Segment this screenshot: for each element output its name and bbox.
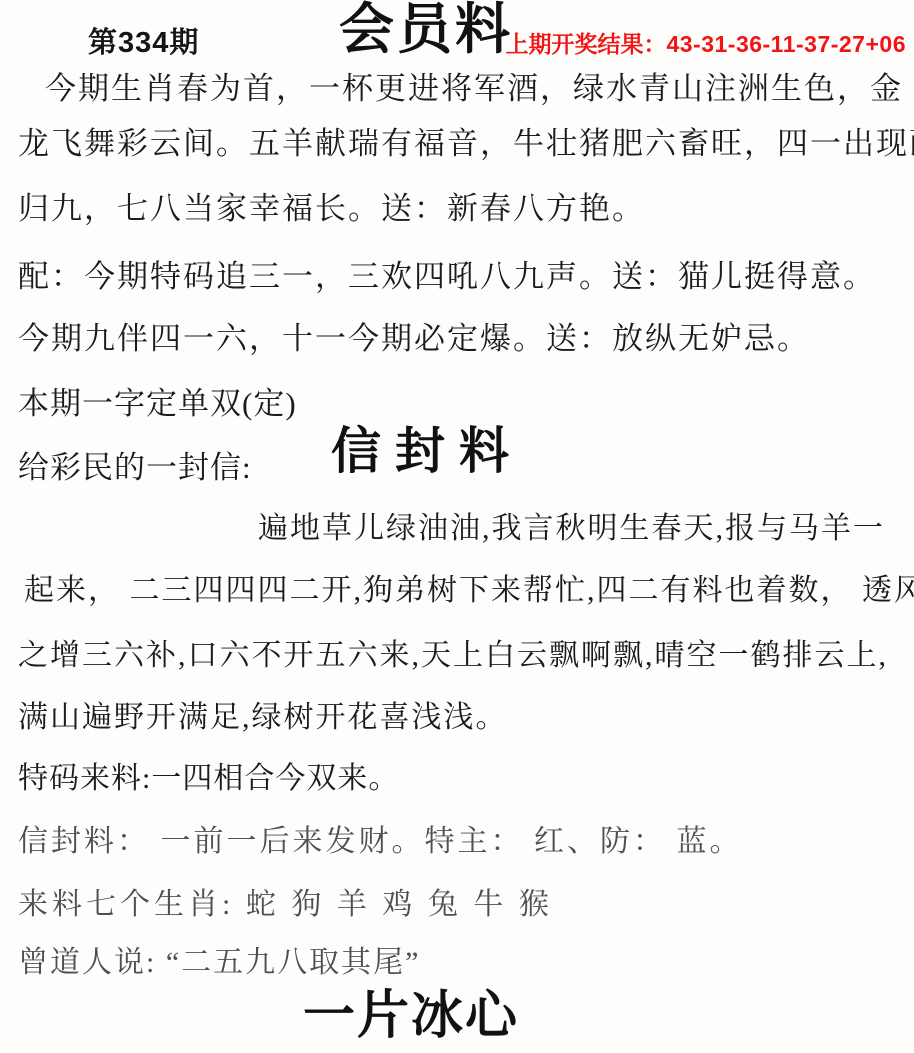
- member-verse-line: 今期九伴四一六，十一今期必定爆。送：放纵无妒忌。: [18, 322, 810, 356]
- last-draw-result-numbers: 43-31-36-11-37-27+06: [666, 31, 906, 57]
- quote-line: 曾道人说: “二五九八取其尾”: [18, 946, 420, 979]
- signature-text: 一片冰心: [303, 988, 519, 1045]
- special-number-tip-line: 特码来料:一四相合今双来。: [18, 762, 399, 795]
- member-verse-line: 配：今期特码追三一，三欢四吼八九声。送：猫儿挺得意。: [18, 260, 876, 294]
- tip-sheet-page: 第334期 会员料 上期开奖结果：43-31-36-11-37-27+06 今期…: [0, 0, 914, 1053]
- envelope-verse-line: 起来， 二三四四四二开,狗弟树下来帮忙,四二有料也着数， 透风: [24, 574, 914, 607]
- member-verse-line: 龙飞舞彩云间。五羊献瑞有福音，牛壮猪肥六畜旺，四一出现画: [18, 127, 914, 161]
- member-verse-line: 今期生肖春为首，一杯更进将军酒，绿水青山注洲生色，金: [45, 72, 903, 106]
- member-verse-line: 本期一字定单双(定): [18, 387, 297, 421]
- last-draw-result: 上期开奖结果：43-31-36-11-37-27+06: [505, 26, 906, 59]
- envelope-section-title: 信封料: [331, 424, 523, 479]
- envelope-tip-line: 信封料： 一前一后来发财。特主： 红、防： 蓝。: [18, 825, 743, 858]
- zodiac-tip-line: 来料七个生肖: 蛇 狗 羊 鸡 兔 牛 猴: [18, 888, 553, 921]
- envelope-verse-line: 遍地草儿绿油油,我言秋明生春天,报与马羊一: [258, 512, 885, 545]
- envelope-verse-line: 满山遍野开满足,绿树开花喜浅浅。: [18, 701, 508, 734]
- envelope-verse-line: 之增三六补,口六不开五六来,天上白云飘啊飘,晴空一鹤排云上,: [18, 639, 888, 672]
- page-title: 会员料: [339, 1, 513, 59]
- envelope-intro-label: 给彩民的一封信:: [18, 451, 252, 485]
- last-draw-result-label: 上期开奖结果：: [505, 31, 666, 57]
- member-verse-line: 归九，七八当家幸福长。送：新春八方艳。: [18, 192, 645, 226]
- ink-smudge-mark: ≡: [592, 200, 600, 217]
- issue-number: 第334期: [88, 20, 199, 61]
